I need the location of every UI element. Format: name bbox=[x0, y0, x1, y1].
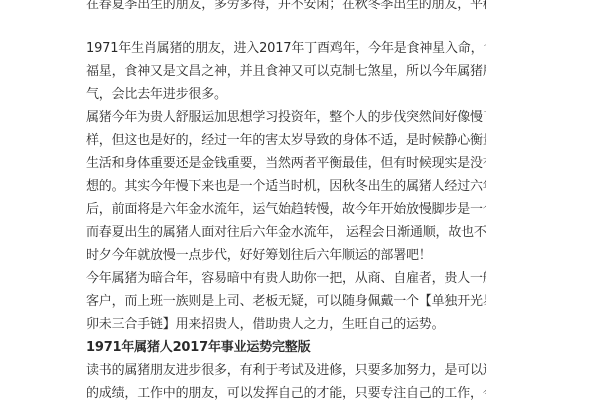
text-line: 今年属猪为暗合年，容易暗中有贵人助你一把，从商、自雇者，贵人一般是你的 bbox=[86, 267, 486, 290]
section-heading: 1971年属猪人2017年事业运势完整版 bbox=[86, 336, 486, 359]
text-line: 而春夏出生的属猪人面对往后六年金水流年， 运程会日渐通顺，故也不用急在此 bbox=[86, 221, 486, 244]
text-line: 后，前面将是六年金水流年，运气始趋转慢，故今年开始放慢脚步是一个好时机； bbox=[86, 198, 486, 221]
text-line: 1971年生肖属猪的朋友，进入2017年丁酉鸡年，今年是食神星入命，食神是 bbox=[86, 37, 486, 60]
paragraph-gap bbox=[86, 16, 486, 37]
text-line: 读书的属猪朋友进步很多，有利于考试及进修，只要多加努力，是可以达到预期 bbox=[86, 359, 486, 382]
text-line: 属猪今年为贵人舒服运加思想学习投资年，整个人的步伐突然间好像慢了下来一 bbox=[86, 106, 486, 129]
paragraph-4: 读书的属猪朋友进步很多，有利于考试及进修，只要多加努力，是可以达到预期 的成绩，… bbox=[86, 359, 486, 400]
text-line: 客户，而上班一族则是上司、老板无疑，可以随身佩戴一个【单独开光易理居亥 bbox=[86, 290, 486, 313]
text-line: 福星，食神又是文昌之神，并且食神又可以克制七煞星，所以今年属猪朋友的运 bbox=[86, 60, 486, 83]
article-body: 在春夏季出生的朋友，多劳多得，并不安闲；在秋冬季出生的朋友，平稳进步。 1971… bbox=[86, 0, 486, 400]
paragraph-2: 属猪今年为贵人舒服运加思想学习投资年，整个人的步伐突然间好像慢了下来一 样，但这… bbox=[86, 106, 486, 267]
text-line-top-fragment: 在春夏季出生的朋友，多劳多得，并不安闲；在秋冬季出生的朋友，平稳进步。 bbox=[86, 0, 486, 16]
text-line: 时夕今年就放慢一点步代，好好筹划往后六年顺运的部署吧！ bbox=[86, 244, 486, 267]
paragraph-3: 今年属猪为暗合年，容易暗中有贵人助你一把，从商、自雇者，贵人一般是你的 客户，而… bbox=[86, 267, 486, 336]
text-line: 气，会比去年进步很多。 bbox=[86, 83, 486, 106]
text-line: 的成绩，工作中的朋友，可以发挥自己的才能，只要专注自己的工作，今年的事 bbox=[86, 382, 486, 400]
paragraph-1: 1971年生肖属猪的朋友，进入2017年丁酉鸡年，今年是食神星入命，食神是 福星… bbox=[86, 37, 486, 106]
text-line: 想的。其实今年慢下来也是一个适当时机，因秋冬出生的属猪人经过六年木火运 bbox=[86, 175, 486, 198]
text-line: 样，但这也是好的，经过一年的害太岁导致的身体不适，是时候静心衡量究竟是 bbox=[86, 129, 486, 152]
text-line: 卯未三合手链】用来招贵人，借助贵人之力，生旺自己的运势。 bbox=[86, 313, 486, 336]
text-line: 生活和身体重要还是金钱重要，当然两者平衡最佳，但有时候现实是没有那么理 bbox=[86, 152, 486, 175]
